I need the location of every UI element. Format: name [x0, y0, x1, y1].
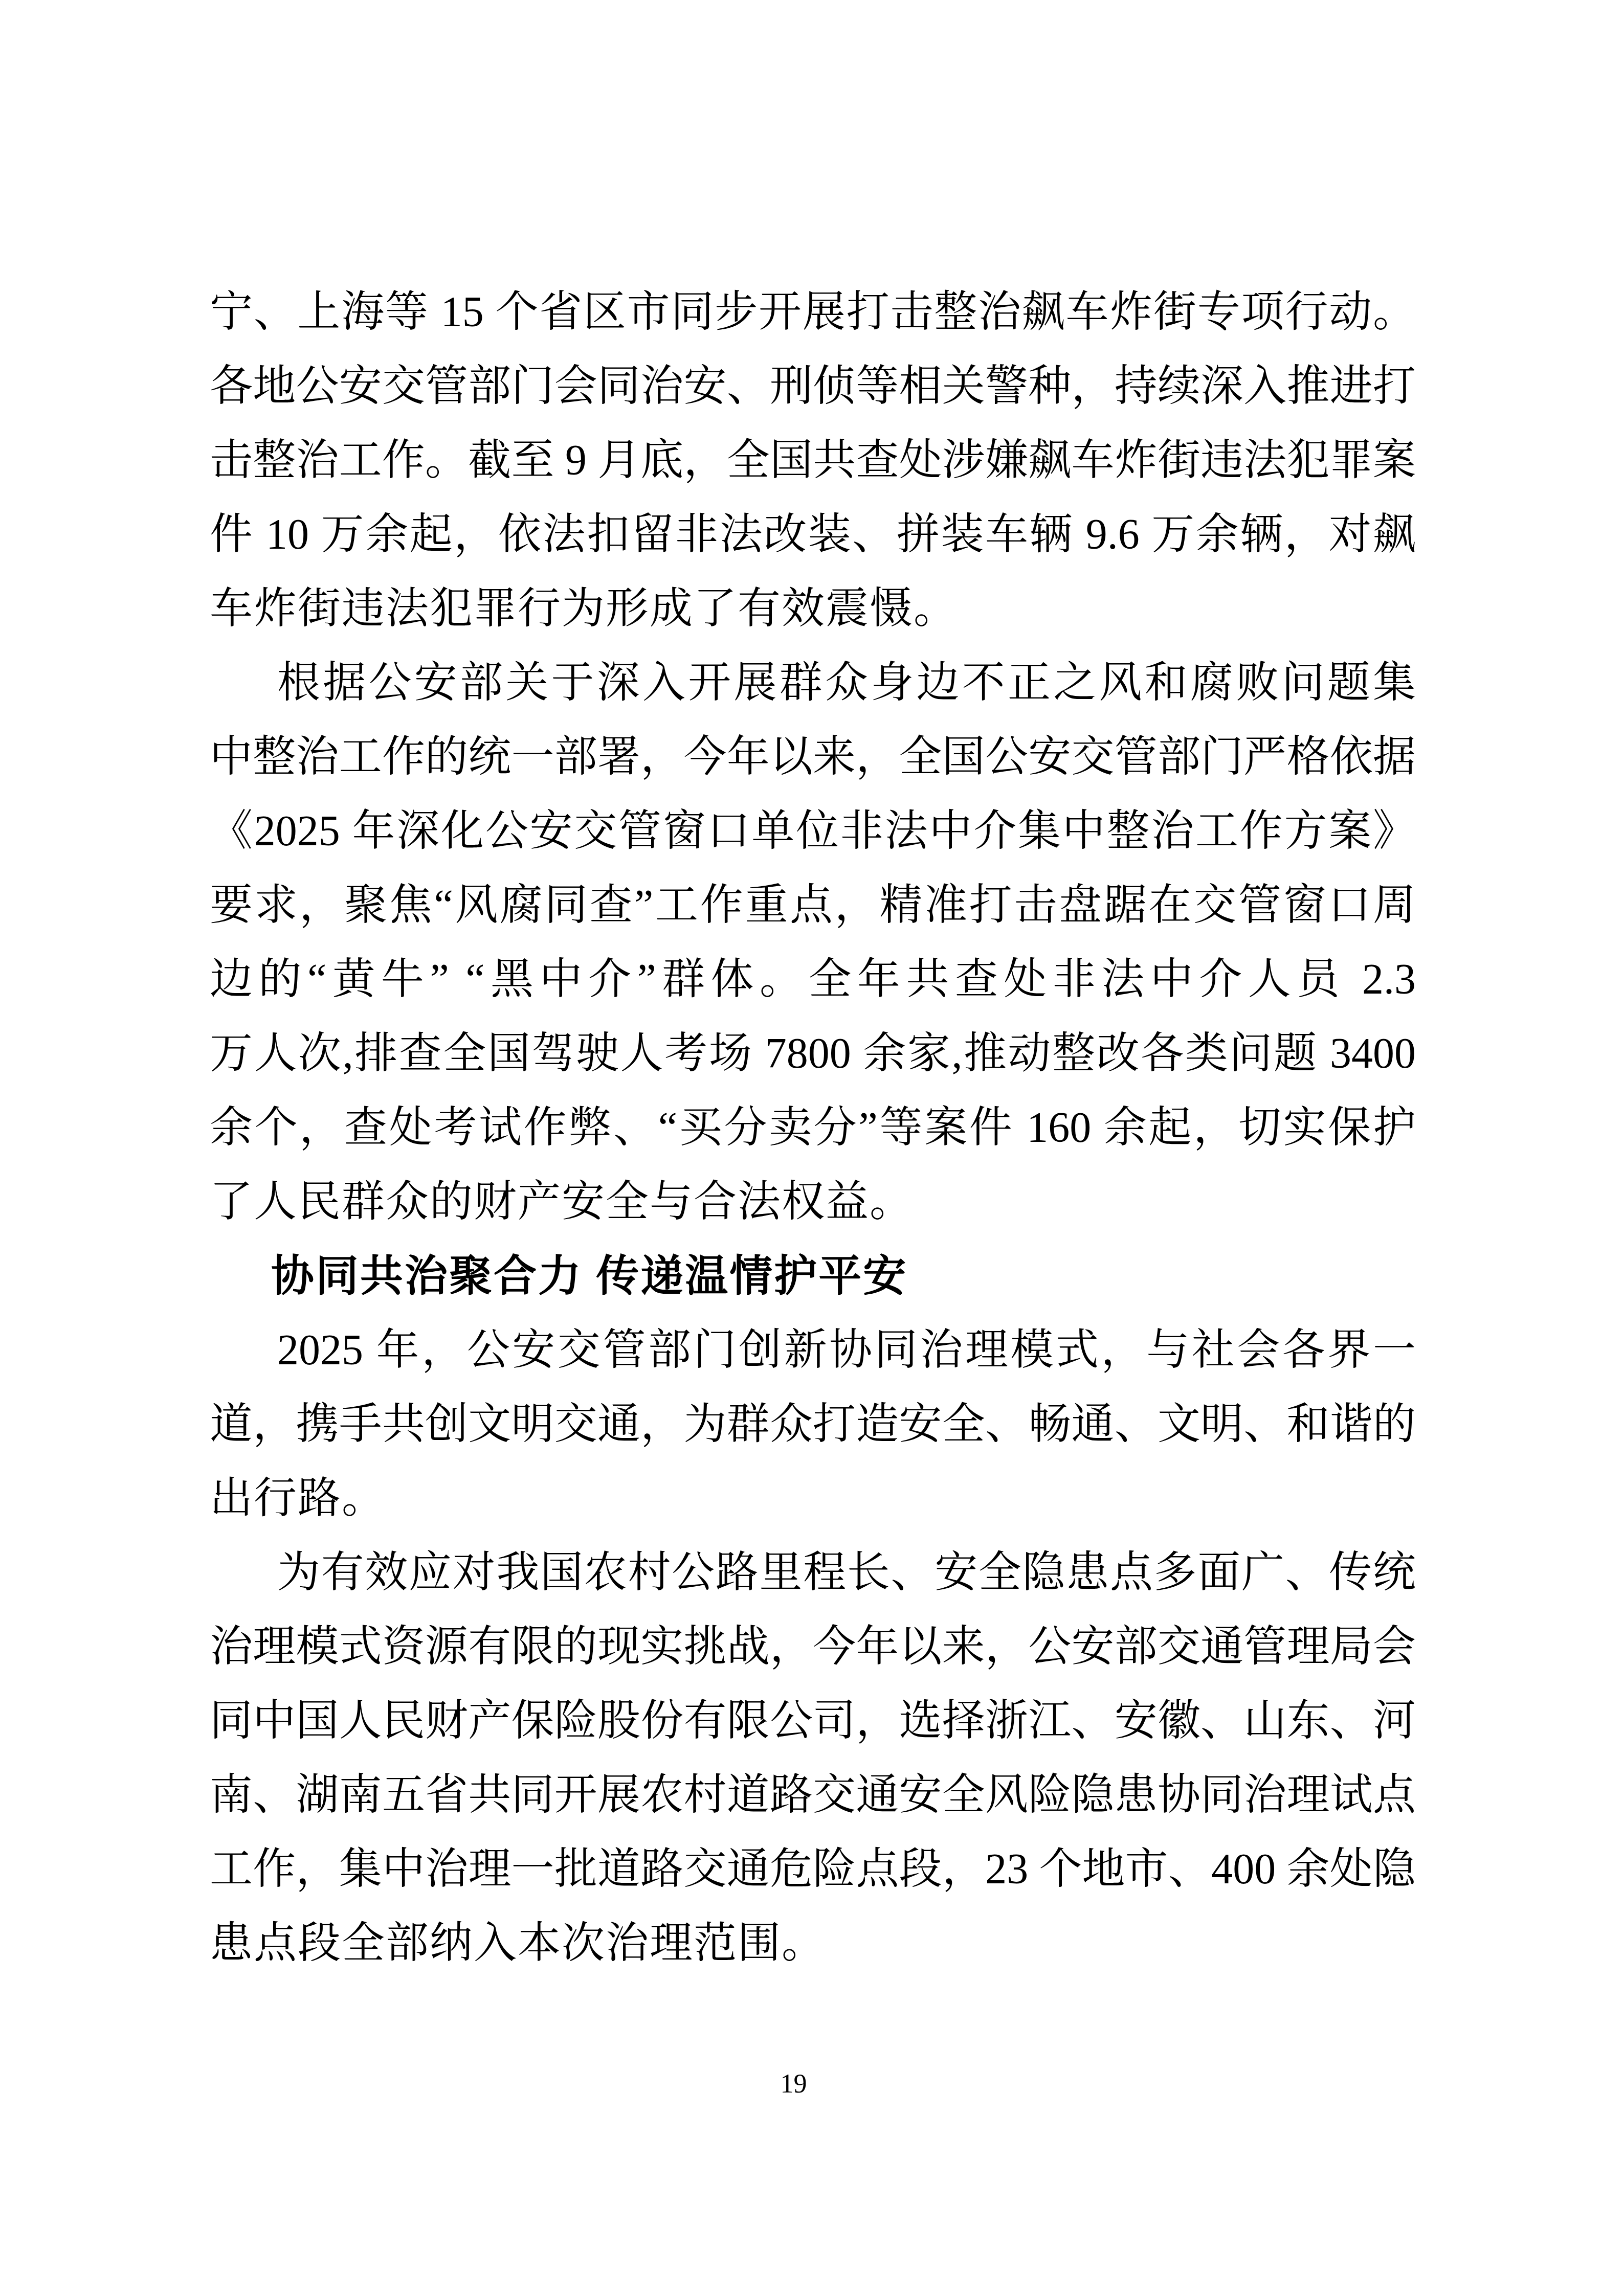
- text-line: 为有效应对我国农村公路里程长、安全隐患点多面广、传统: [210, 1536, 1416, 1610]
- footer: 19: [0, 2070, 1587, 2099]
- text-line: 根据公安部关于深入开展群众身边不正之风和腐败问题集: [210, 646, 1416, 720]
- text-line: 中整治工作的统一部署，今年以来，全国公安交管部门严格依据: [210, 720, 1416, 794]
- text-line: 击整治工作。截至 9 月底，全国共查处涉嫌飙车炸街违法犯罪案: [210, 423, 1416, 498]
- text-line: 车炸街违法犯罪行为形成了有效震慑。: [210, 572, 1416, 646]
- document-page: 宁、上海等 15 个省区市同步开展打击整治飙车炸街专项行动。 各地公安交管部门会…: [0, 0, 1624, 2296]
- page-number: 19: [781, 2069, 807, 2099]
- text-line: 道，携手共创文明交通，为群众打造安全、畅通、文明、和谐的: [210, 1387, 1416, 1461]
- text-line: 宁、上海等 15 个省区市同步开展打击整治飙车炸街专项行动。: [210, 275, 1416, 349]
- text-line: 了人民群众的财产安全与合法权益。: [210, 1165, 1416, 1239]
- text-line: 件 10 万余起，依法扣留非法改装、拼装车辆 9.6 万余辆，对飙: [210, 498, 1416, 572]
- text-block: 宁、上海等 15 个省区市同步开展打击整治飙车炸街专项行动。 各地公安交管部门会…: [210, 275, 1416, 1980]
- text-line: 要求，聚焦“风腐同查”工作重点，精准打击盘踞在交管窗口周: [210, 868, 1416, 942]
- text-line: 工作，集中治理一批道路交通危险点段，23 个地市、400 余处隐: [210, 1832, 1416, 1906]
- text-line: 出行路。: [210, 1461, 1416, 1536]
- text-line: 各地公安交管部门会同治安、刑侦等相关警种，持续深入推进打: [210, 349, 1416, 423]
- text-line: 同中国人民财产保险股份有限公司，选择浙江、安徽、山东、河: [210, 1684, 1416, 1758]
- text-line: 患点段全部纳入本次治理范围。: [210, 1906, 1416, 1980]
- text-line: 2025 年，公安交管部门创新协同治理模式，与社会各界一: [210, 1313, 1416, 1387]
- text-line: 《2025 年深化公安交管窗口单位非法中介集中整治工作方案》: [210, 794, 1416, 868]
- text-line: 南、湖南五省共同开展农村道路交通安全风险隐患协同治理试点: [210, 1758, 1416, 1832]
- text-line: 余个，查处考试作弊、“买分卖分”等案件 160 余起，切实保护: [210, 1091, 1416, 1165]
- text-line: 治理模式资源有限的现实挑战，今年以来，公安部交通管理局会: [210, 1610, 1416, 1684]
- text-line: 边的“黄牛” “黑中介”群体。全年共查处非法中介人员 2.3: [210, 942, 1416, 1017]
- section-heading: 协同共治聚合力 传递温情护平安: [210, 1239, 1416, 1313]
- text-line: 万人次,排查全国驾驶人考场 7800 余家,推动整改各类问题 3400: [210, 1017, 1416, 1091]
